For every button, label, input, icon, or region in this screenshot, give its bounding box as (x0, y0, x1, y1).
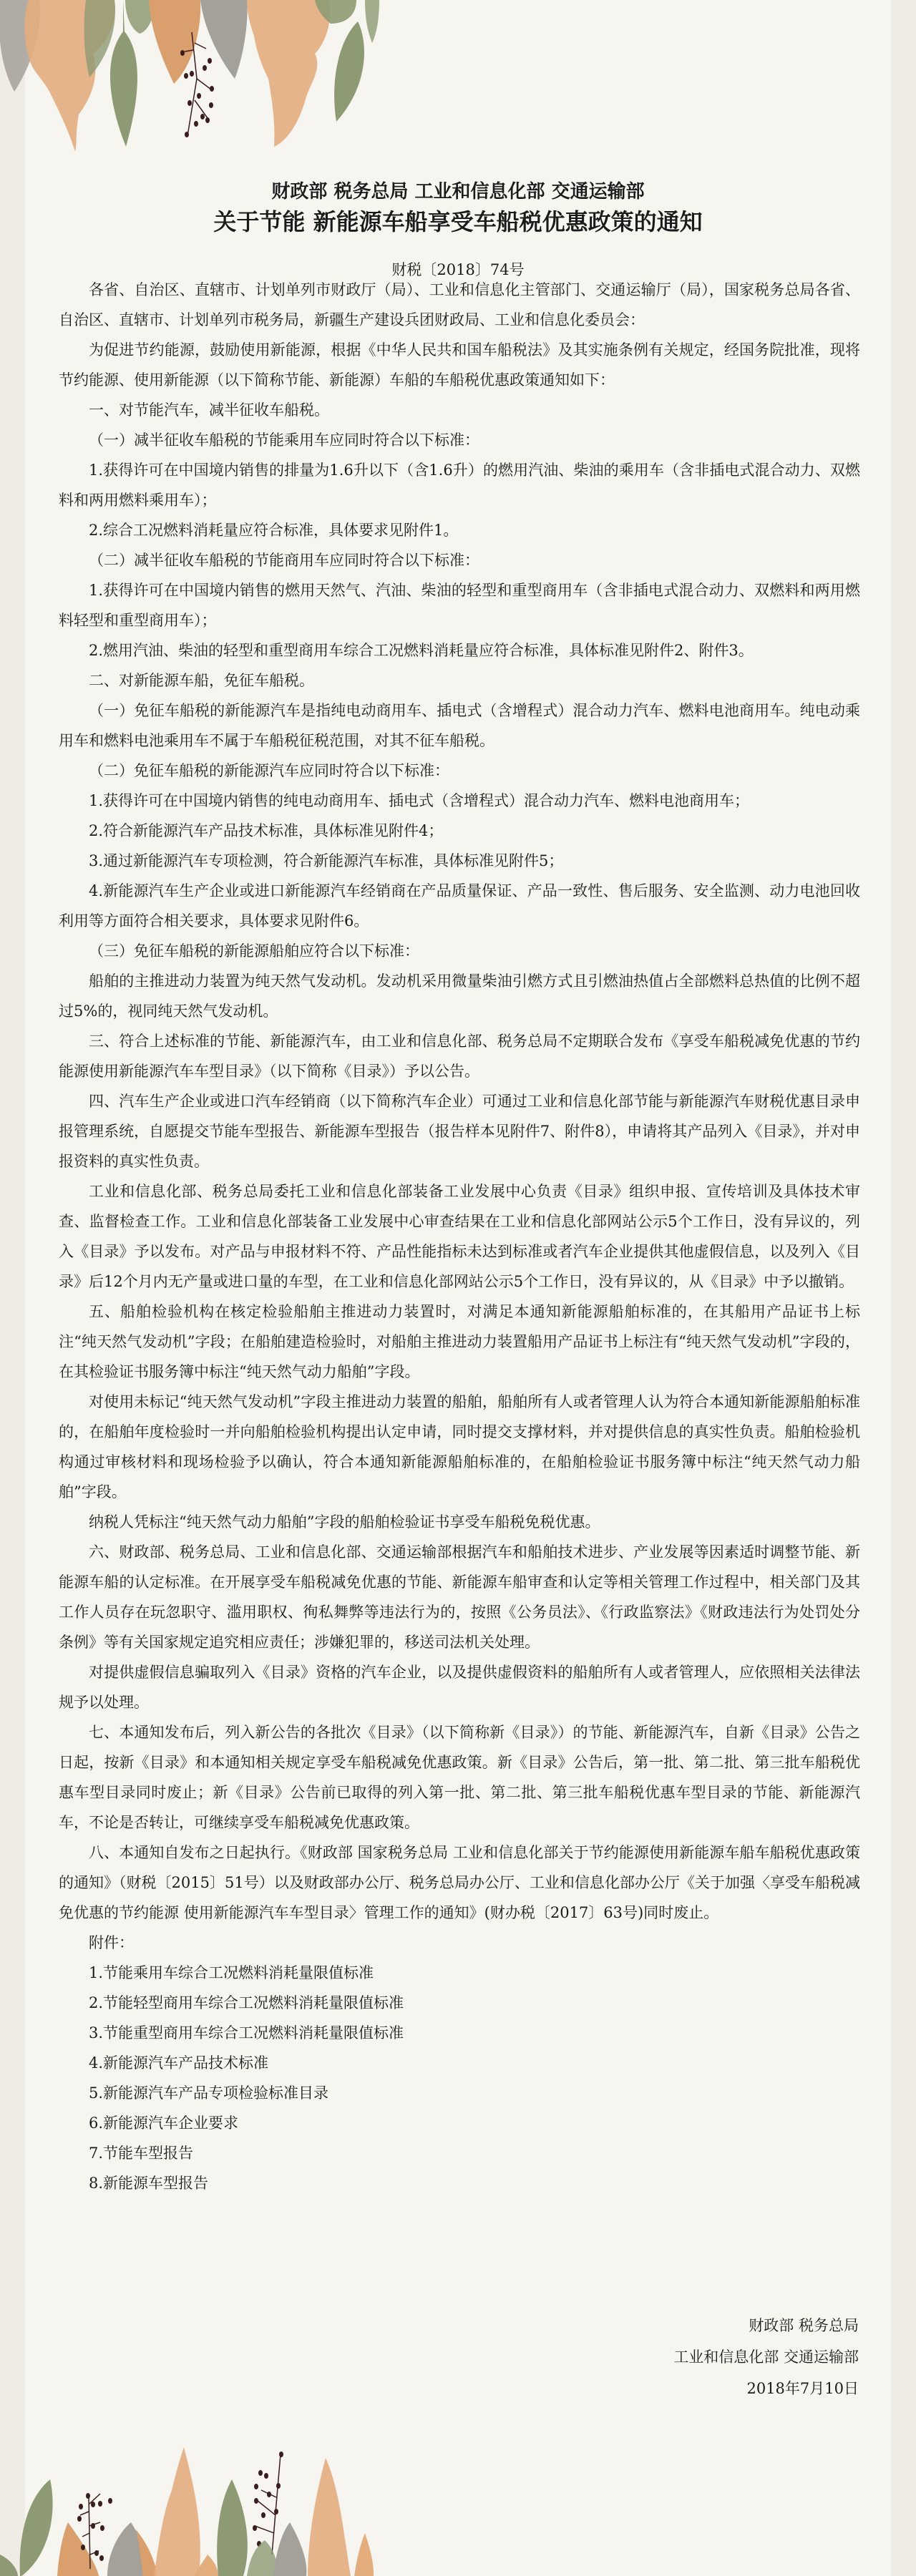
attachments-label: 附件： (59, 1928, 860, 1958)
issuing-departments: 财政部 税务总局 工业和信息化部 交通运输部 (0, 177, 916, 206)
attachments-list: 附件： 1.节能乘用车综合工况燃料消耗量限值标准 2.节能轻型商用车综合工况燃料… (59, 1928, 860, 2198)
paragraph: 对提供虚假信息骗取列入《目录》资格的汽车企业，以及提供虚假资料的船舶所有人或者管… (59, 1657, 860, 1717)
paragraph-intro: 为促进节约能源，鼓励使用新能源，根据《中华人民共和国车船税法》及其实施条例有关规… (59, 335, 860, 395)
paragraph: 4.新能源汽车生产企业或进口新能源汽车经销商在产品质量保证、产品一致性、售后服务… (59, 876, 860, 936)
signatory-line-2: 工业和信息化部 交通运输部 (673, 2341, 859, 2373)
paragraph: 1.获得许可在中国境内销售的排量为1.6升以下（含1.6升）的燃用汽油、柴油的乘… (59, 455, 860, 515)
attachment-item: 5.新能源汽车产品专项检验标准目录 (59, 2078, 860, 2108)
paragraph: 3.通过新能源汽车专项检测，符合新能源汽车标准，具体标准见附件5； (59, 846, 860, 876)
paragraph: 1.获得许可在中国境内销售的纯电动商用车、插电式（含增程式）混合动力汽车、燃料电… (59, 786, 860, 816)
section-8: 八、本通知自发布之日起执行。《财政部 国家税务总局 工业和信息化部关于节约能源使… (59, 1838, 860, 1928)
attachment-item: 6.新能源汽车企业要求 (59, 2108, 860, 2138)
signature-date: 2018年7月10日 (673, 2373, 859, 2404)
section-2-1-heading: （一）免征车船税的新能源汽车是指纯电动商用车、插电式（含增程式）混合动力汽车、燃… (59, 696, 860, 756)
section-1-heading: 一、对节能汽车，减半征收车船税。 (59, 395, 860, 425)
section-4: 四、汽车生产企业或进口汽车经销商（以下简称汽车企业）可通过工业和信息化部节能与新… (59, 1086, 860, 1176)
section-2-2-heading: （二）免征车船税的新能源汽车应同时符合以下标准： (59, 756, 860, 786)
section-3: 三、符合上述标准的节能、新能源汽车，由工业和信息化部、税务总局不定期联合发布《享… (59, 1026, 860, 1086)
section-5: 五、船舶检验机构在核定检验船舶主推进动力装置时，对满足本通知新能源船舶标准的，在… (59, 1297, 860, 1387)
attachment-item: 4.新能源汽车产品技术标准 (59, 2048, 860, 2078)
paragraph: 2.燃用汽油、柴油的轻型和重型商用车综合工况燃料消耗量应符合标准，具体标准见附件… (59, 635, 860, 665)
section-7: 七、本通知发布后，列入新公告的各批次《目录》（以下简称新《目录》）的节能、新能源… (59, 1717, 860, 1838)
paragraph: 船舶的主推进动力装置为纯天然气发动机。发动机采用微量柴油引燃方式且引燃油热值占全… (59, 966, 860, 1026)
section-2-heading: 二、对新能源车船，免征车船税。 (59, 665, 860, 696)
paragraph: 工业和信息化部、税务总局委托工业和信息化部装备工业发展中心负责《目录》组织申报、… (59, 1176, 860, 1297)
document-title: 关于节能 新能源车船享受车船税优惠政策的通知 (0, 206, 916, 238)
section-2-3-heading: （三）免征车船税的新能源船舶应符合以下标准： (59, 936, 860, 966)
document-header: 财政部 税务总局 工业和信息化部 交通运输部 关于节能 新能源车船享受车船税优惠… (0, 177, 916, 280)
section-1-2-heading: （二）减半征收车船税的节能商用车应同时符合以下标准： (59, 545, 860, 575)
attachment-item: 7.节能车型报告 (59, 2138, 860, 2168)
paragraph: 纳税人凭标注“纯天然气动力船舶”字段的船舶检验证书享受车船税免税优惠。 (59, 1507, 860, 1537)
document-body: 各省、自治区、直辖市、计划单列市财政厅（局）、工业和信息化主管部门、交通运输厅（… (59, 275, 860, 2198)
attachment-item: 8.新能源车型报告 (59, 2168, 860, 2198)
attachment-item: 3.节能重型商用车综合工况燃料消耗量限值标准 (59, 2018, 860, 2048)
signatory-line-1: 财政部 税务总局 (673, 2310, 859, 2341)
paragraph-addressees: 各省、自治区、直辖市、计划单列市财政厅（局）、工业和信息化主管部门、交通运输厅（… (59, 275, 860, 335)
attachment-item: 2.节能轻型商用车综合工况燃料消耗量限值标准 (59, 1988, 860, 2018)
section-1-1-heading: （一）减半征收车船税的节能乘用车应同时符合以下标准： (59, 425, 860, 455)
section-6: 六、财政部、税务总局、工业和信息化部、交通运输部根据汽车和船舶技术进步、产业发展… (59, 1537, 860, 1657)
paragraph: 1.获得许可在中国境内销售的燃用天然气、汽油、柴油的轻型和重型商用车（含非插电式… (59, 575, 860, 635)
paragraph: 2.符合新能源汽车产品技术标准，具体标准见附件4； (59, 816, 860, 846)
attachment-item: 1.节能乘用车综合工况燃料消耗量限值标准 (59, 1958, 860, 1988)
signature-block: 财政部 税务总局 工业和信息化部 交通运输部 2018年7月10日 (673, 2310, 859, 2404)
paragraph: 2.综合工况燃料消耗量应符合标准，具体要求见附件1。 (59, 515, 860, 545)
paragraph: 对使用未标记“纯天然气发动机”字段主推进动力装置的船舶，船舶所有人或者管理人认为… (59, 1387, 860, 1507)
